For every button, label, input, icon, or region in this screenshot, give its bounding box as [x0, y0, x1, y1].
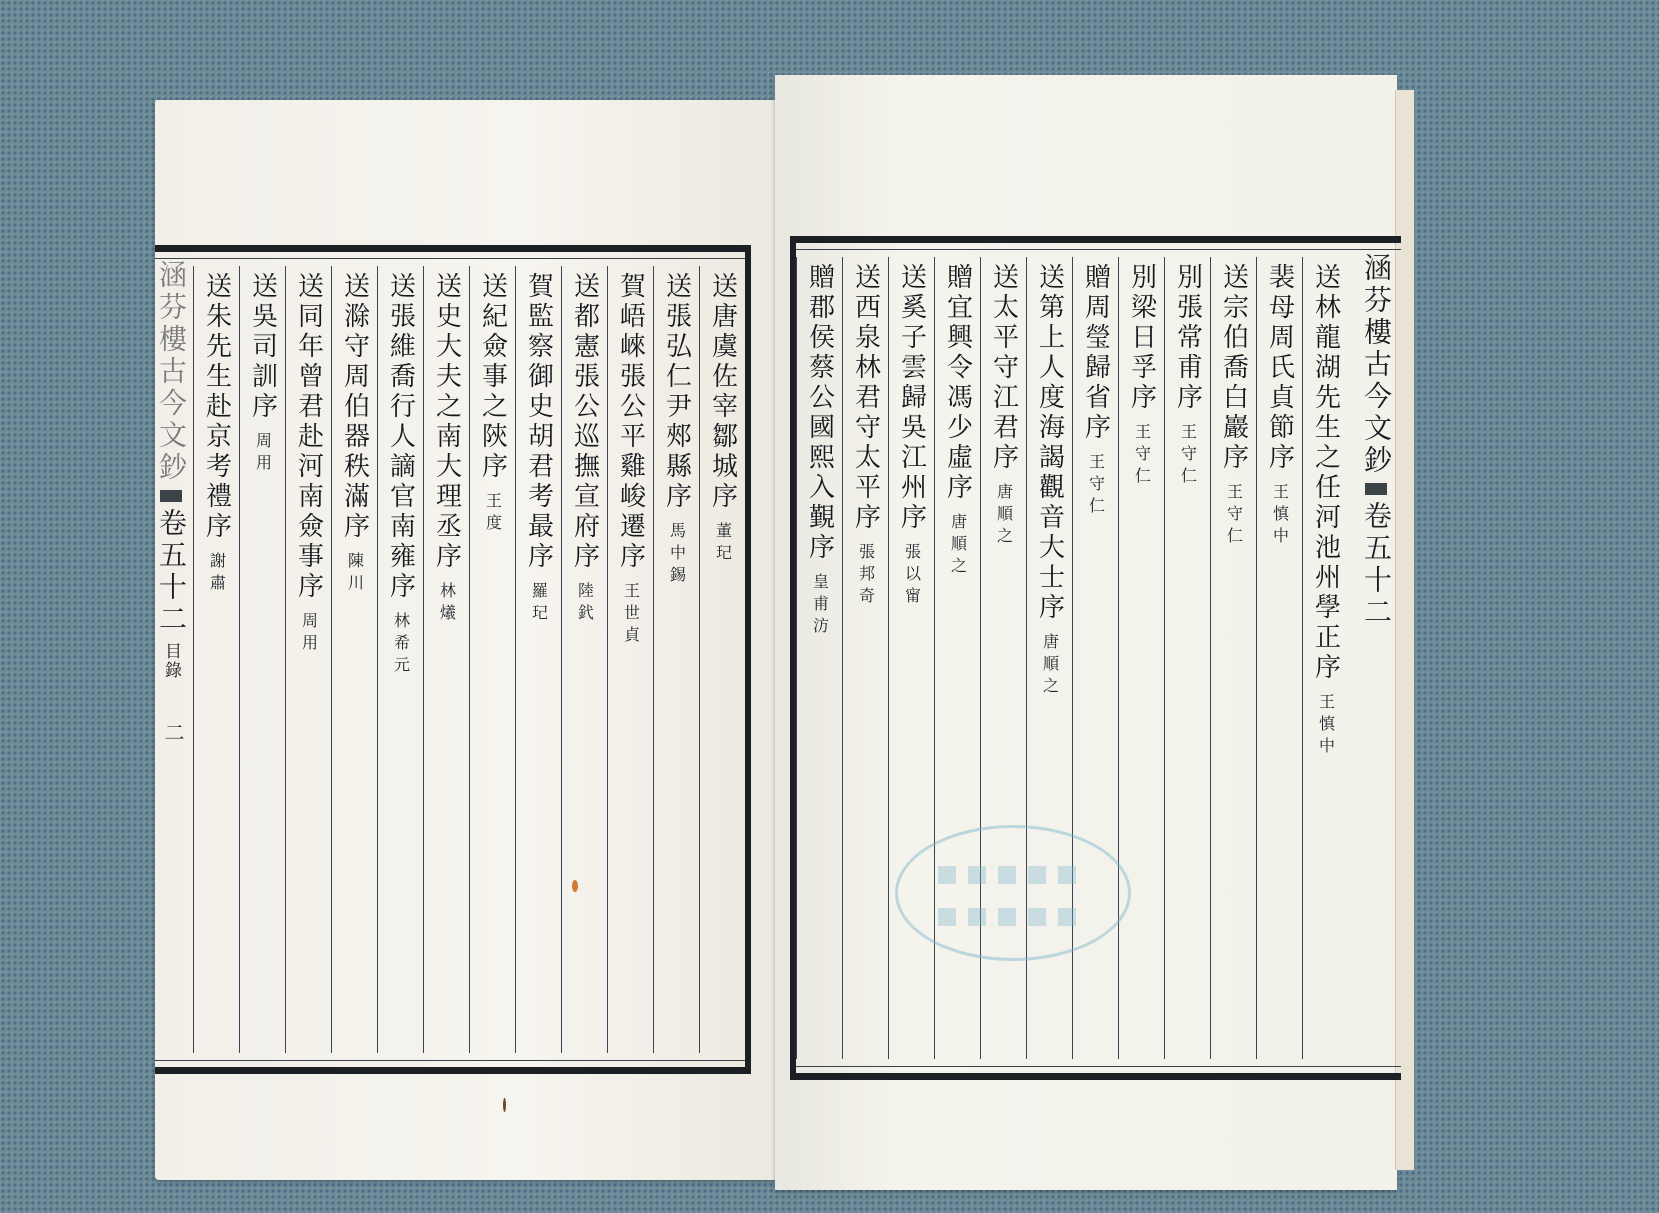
entry-author: 王守仁: [1134, 423, 1150, 489]
entry-author: 陸釴: [577, 582, 593, 626]
entry-author: 董玘: [715, 522, 731, 566]
fishtail-mark: [160, 490, 182, 502]
library-seal-stamp: [895, 825, 1131, 961]
toc-entry[interactable]: 送吳司訓序周用: [239, 266, 285, 1053]
toc-entry[interactable]: 送紀僉事之陝序王度: [469, 266, 515, 1053]
entry-author: 周用: [255, 432, 271, 476]
entry-author: 張以甯: [904, 543, 920, 609]
right-page-frame: 送林龍湖先生之任河池州學正序王慎中 裴母周氏貞節序王慎中 送宗伯喬白巖序王守仁 …: [790, 236, 1401, 1080]
left-margin-column: 涵芬樓古今文鈔卷五十二目錄: [151, 260, 191, 680]
entry-author: 林爔: [439, 582, 455, 626]
toc-entry[interactable]: 送西泉林君守太平序張邦奇: [842, 257, 888, 1059]
page-number: 二: [159, 722, 188, 742]
left-page-frame: 涵芬樓古今文鈔卷五十二目錄 二 送唐虞佐宰鄒城序董玘 送張弘仁尹郟縣序馬中錫 賀…: [155, 245, 751, 1074]
toc-entry[interactable]: 送林龍湖先生之任河池州學正序王慎中: [1302, 257, 1348, 1059]
toc-entry[interactable]: 別張常甫序王守仁: [1164, 257, 1210, 1059]
book-title: 涵芬樓古今文鈔: [1360, 253, 1393, 477]
section-label: 目錄: [161, 642, 181, 680]
toc-entry[interactable]: 送宗伯喬白巖序王守仁: [1210, 257, 1256, 1059]
toc-entry[interactable]: 送都憲張公巡撫宣府序陸釴: [561, 266, 607, 1053]
entry-author: 唐順之: [950, 513, 966, 579]
toc-entry[interactable]: 送張弘仁尹郟縣序馬中錫: [653, 266, 699, 1053]
toc-entry[interactable]: 贈郡侯蔡公國熙入覲序皇甫汸: [796, 257, 842, 1059]
toc-entry[interactable]: 送史大夫之南大理丞序林爔: [423, 266, 469, 1053]
entry-author: 唐順之: [1042, 633, 1058, 699]
entry-author: 皇甫汸: [812, 573, 828, 639]
right-margin-column: 涵芬樓古今文鈔卷五十二: [1356, 253, 1396, 629]
left-toc-columns: 送唐虞佐宰鄒城序董玘 送張弘仁尹郟縣序馬中錫 賀峿崍張公平雞峻遷序王世貞 送都憲…: [193, 266, 745, 1053]
entry-author: 羅玘: [531, 582, 547, 626]
volume-label: 卷五十二: [155, 508, 188, 636]
toc-entry[interactable]: 送張維喬行人謫官南雍序林希元: [377, 266, 423, 1053]
entry-author: 王世貞: [623, 582, 639, 648]
entry-author: 周用: [301, 612, 317, 656]
book-title: 涵芬樓古今文鈔: [155, 260, 188, 484]
entry-author: 王守仁: [1088, 453, 1104, 519]
toc-entry[interactable]: 送同年曾君赴河南僉事序周用: [285, 266, 331, 1053]
entry-author: 王慎中: [1272, 483, 1288, 549]
entry-author: 王度: [485, 492, 501, 536]
entry-author: 張邦奇: [858, 543, 874, 609]
entry-author: 王慎中: [1318, 693, 1334, 759]
entry-author: 林希元: [393, 612, 409, 678]
entry-author: 謝肅: [209, 552, 225, 596]
paper-stain: [572, 880, 578, 892]
entry-author: 陳川: [347, 552, 363, 596]
toc-entry[interactable]: 裴母周氏貞節序王慎中: [1256, 257, 1302, 1059]
entry-author: 王守仁: [1180, 423, 1196, 489]
entry-author: 唐順之: [996, 483, 1012, 549]
toc-entry[interactable]: 送滁守周伯器秩滿序陳川: [331, 266, 377, 1053]
toc-entry[interactable]: 賀監察御史胡君考最序羅玘: [515, 266, 561, 1053]
entry-author: 馬中錫: [669, 522, 685, 588]
toc-entry[interactable]: 送朱先生赴京考禮序謝肅: [193, 266, 239, 1053]
entry-author: 王守仁: [1226, 483, 1242, 549]
paper-mark: [503, 1098, 506, 1112]
toc-entry[interactable]: 別梁日孚序王守仁: [1118, 257, 1164, 1059]
toc-entry[interactable]: 賀峿崍張公平雞峻遷序王世貞: [607, 266, 653, 1053]
fishtail-mark: [1365, 483, 1387, 495]
volume-label: 卷五十二: [1360, 501, 1393, 629]
toc-entry[interactable]: 送唐虞佐宰鄒城序董玘: [699, 266, 745, 1053]
